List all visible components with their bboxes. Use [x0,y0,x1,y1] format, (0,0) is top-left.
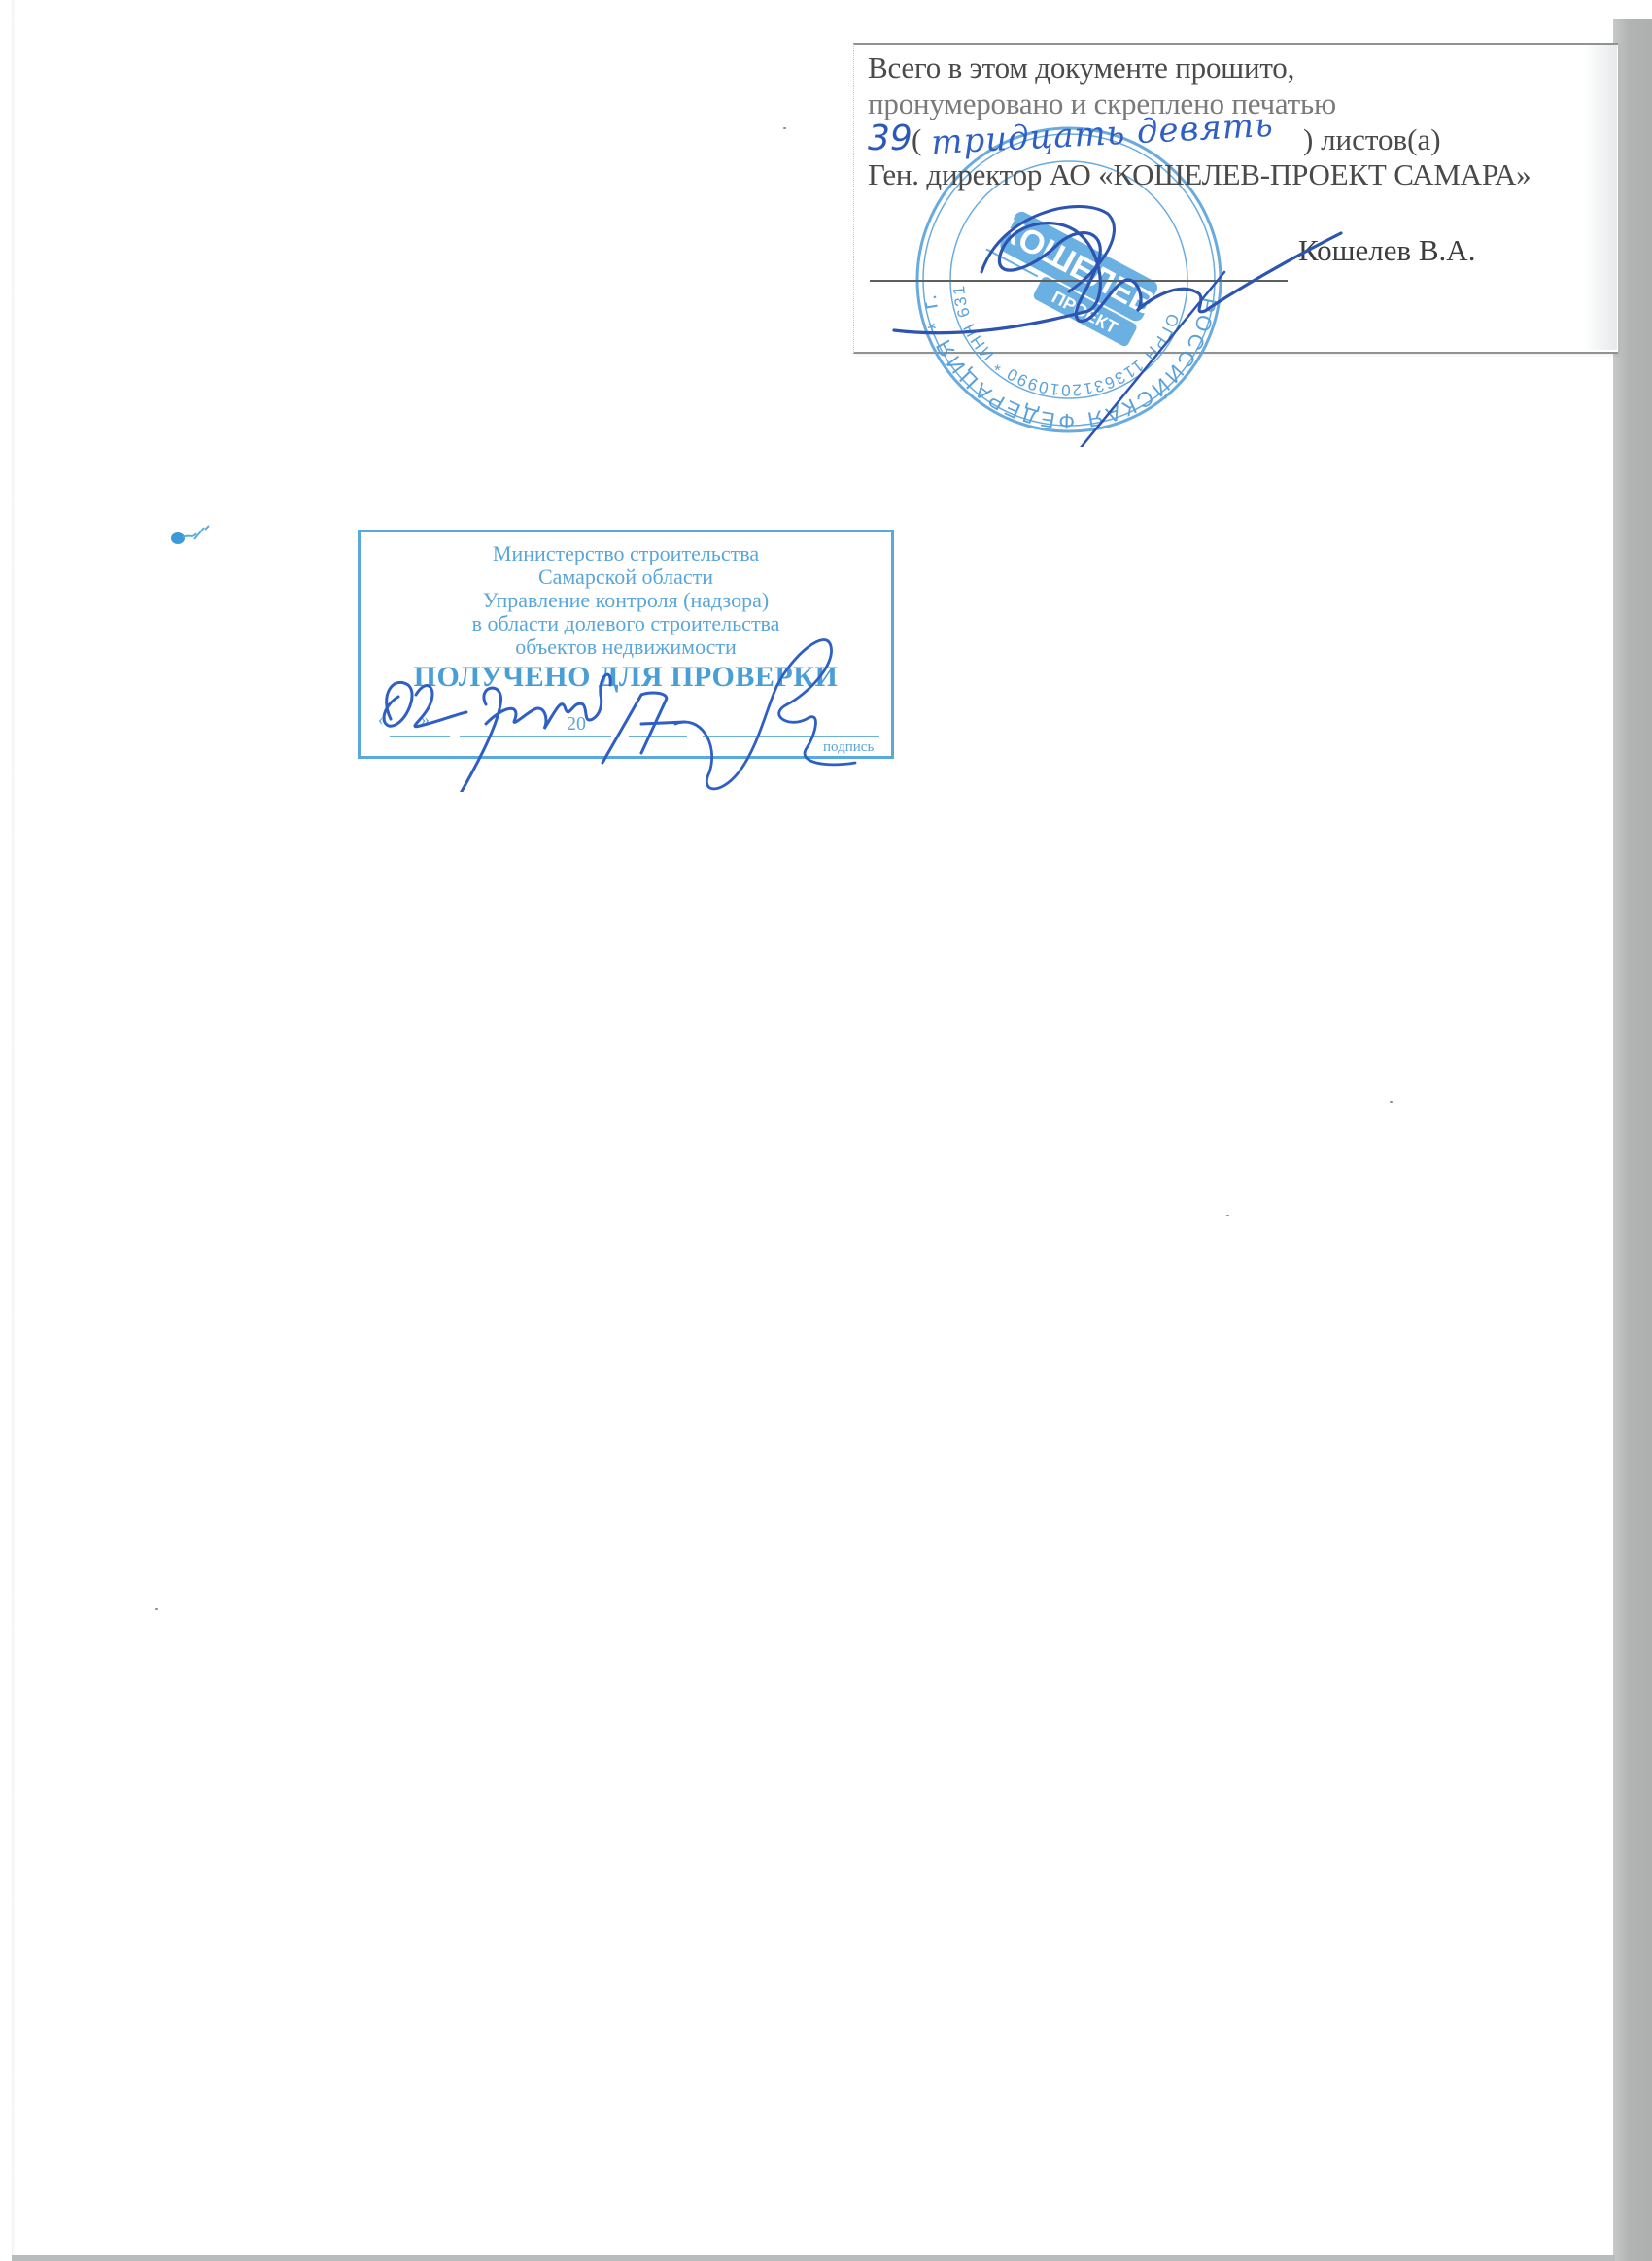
sheet-count-open-paren: ( [912,122,921,157]
document-page: РОССИЙСКАЯ ФЕДЕРАЦИЯ * г. САМАРА * АКЦИО… [0,0,1652,2261]
stamp-department-line: Управление контроля (надзора) [361,589,891,612]
stamp-ministry-line: Министерство строительства [361,542,891,565]
sticker-fold-shadow [1584,45,1617,350]
director-signature-icon [855,155,1360,447]
handwritten-sheet-count: 39 [868,119,912,158]
page-bottom-edge [12,2255,1615,2261]
stamp-region-line: Самарской области [361,565,891,589]
stamp-handwriting-icon [350,636,913,792]
page-left-edge [12,0,15,2261]
sheet-count-suffix: ) листов(а) [1303,122,1441,157]
scan-speck [783,127,786,129]
stamp-scope-line: в области долевого строительства [361,612,891,635]
scanner-background-strip [1613,19,1652,2261]
scan-speck [1390,1101,1393,1103]
scan-speck [155,1608,158,1610]
scan-speck [1226,1215,1229,1216]
binding-note-line-1: Всего в этом документе прошито, [868,51,1294,86]
page-top-right-corner [1613,0,1652,19]
ink-blot-icon [165,520,214,549]
